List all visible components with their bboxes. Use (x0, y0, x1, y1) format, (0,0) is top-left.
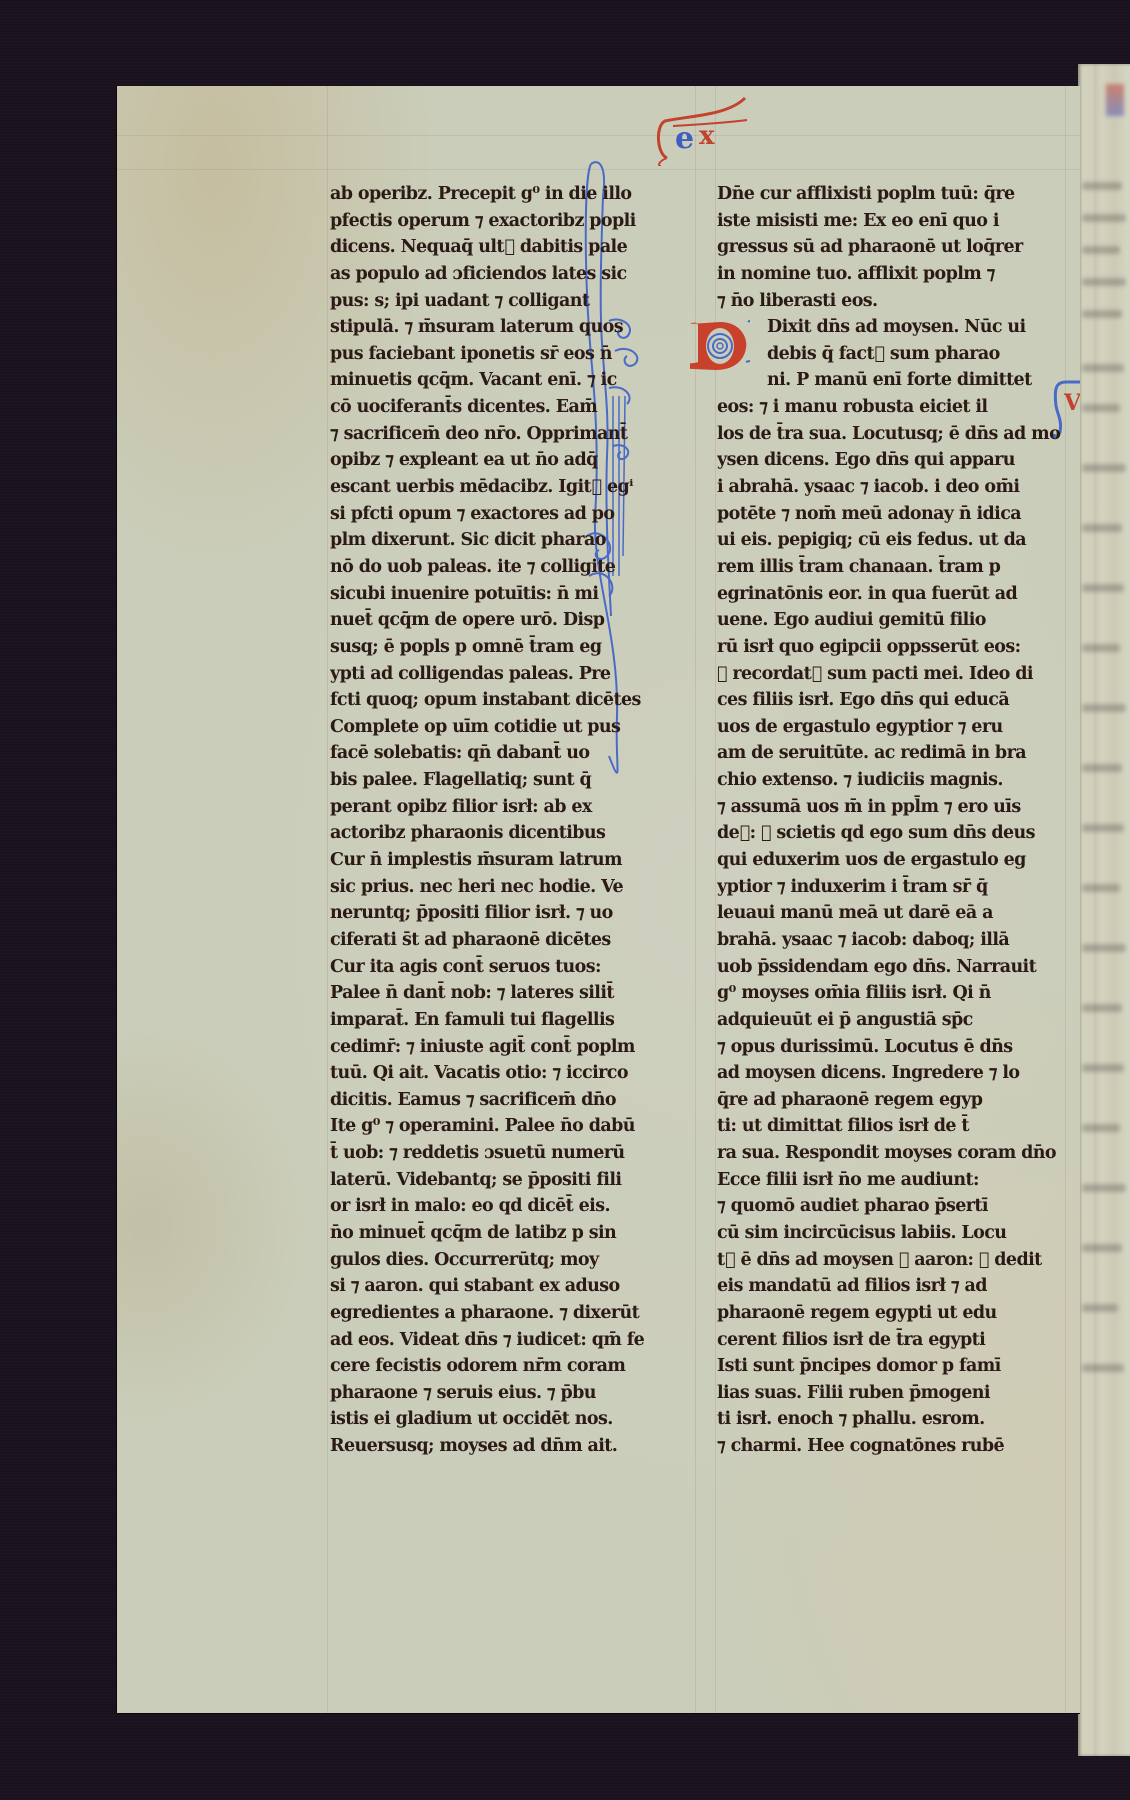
text-line: t̄ uob: ⁊ reddetis ɔsuetū numerū (330, 1140, 692, 1167)
ruling-line (1065, 86, 1066, 1713)
text-line: perant opibz filior isrł: ab ex (330, 794, 692, 821)
stack-text-line (1082, 404, 1120, 412)
adjacent-page-stack (1078, 64, 1130, 1756)
text-line: nuet̄ qcq̄m de opere urō. Disp (330, 607, 692, 634)
text-line: Cur ita agis cont̄ seruos tuos: (330, 954, 692, 981)
stack-text-line (1082, 364, 1124, 372)
text-line: i abrahā. ysaac ⁊ iacob. i deo om̄i (717, 474, 1062, 501)
text-line: fcti quoq; opum instabant dicētes (330, 687, 692, 714)
text-line: susq; ē popls p omnē t̄ram eg (330, 634, 692, 661)
text-line: ⁊ quomō audiet pharao p̄sertī (717, 1193, 1062, 1220)
text-line: in nomine tuo. afflixit poplm ⁊ (717, 261, 1062, 288)
text-line: iste misisti me: Ex eo enī quo i (717, 208, 1062, 235)
svg-text:e: e (675, 121, 694, 156)
text-line: eis mandatū ad filios isrł ⁊ ad (717, 1273, 1062, 1300)
text-line: ra sua. Respondit moyses coram dn̄o (717, 1140, 1062, 1167)
text-line: egrinatōnis eor. in qua fuerūt ad (717, 581, 1062, 608)
text-line: ⁊ opus durissimū. Locutus ē dn̄s (717, 1034, 1062, 1061)
text-line: ⁊ assumā uos m̄ in ppl̄m ⁊ ero uīs (717, 794, 1062, 821)
text-line: rū isrł quo egipcii oppsserūt eos: (717, 634, 1062, 661)
text-line: Ecce filii isrł n̄o me audiunt: (717, 1167, 1062, 1194)
text-line: chio extenso. ⁊ iudiciis magnis. (717, 767, 1062, 794)
text-line: ad moysen dicens. Ingredere ⁊ lo (717, 1060, 1062, 1087)
text-line: los de t̄ra sua. Locutusq; ē dn̄s ad mo (717, 421, 1062, 448)
text-line: actoribz pharaonis dicentibus (330, 820, 692, 847)
text-line: escant uerbis mēdacibz. Igitᷓ egⁱ (330, 474, 692, 501)
text-line: ⁊ n̄o liberasti eos. (717, 288, 1062, 315)
text-line: lias suas. Filii ruben p̄mogeni (717, 1380, 1062, 1407)
stack-text-line (1082, 944, 1126, 952)
stack-text-line (1082, 1364, 1124, 1372)
text-line: cedimr̄: ⁊ iniuste agit̄ cont̄ poplm (330, 1034, 692, 1061)
text-line: yptior ⁊ induxerim i t̄ram sr̄ q̄ (717, 874, 1062, 901)
stack-text-line (1082, 278, 1126, 286)
stack-text-line (1082, 1244, 1122, 1252)
text-line: Reuersusq; moyses ad dn̄m ait. (330, 1433, 692, 1460)
text-line: ciferati s̄t ad pharaonē dicētes (330, 927, 692, 954)
text-line: imparat̄. En famuli tui flagellis (330, 1007, 692, 1034)
text-line: Complete op uīm cotidie ut pus (330, 714, 692, 741)
stack-text-line (1082, 584, 1124, 592)
text-line: am de seruitūte. ac redimā in bra (717, 740, 1062, 767)
text-line: gressus sū ad pharaonē ut loq̄rer (717, 234, 1062, 261)
text-line: brahā. ysaac ⁊ iacob: daboq; illā (717, 927, 1062, 954)
stack-text-line (1082, 1064, 1124, 1072)
stack-text-line (1082, 310, 1122, 318)
text-line: deᷓ: ⁊ scietis qd ego sum dn̄s deus (717, 820, 1062, 847)
text-line: Dn̄e cur afflixisti poplm tuū: q̄re (717, 181, 1062, 208)
text-line: opibz ⁊ expleant ea ut n̄o adq̄ (330, 447, 692, 474)
svg-text:x: x (699, 121, 715, 151)
text-line: istis ei gladium ut occidēt nos. (330, 1406, 692, 1433)
text-line: ypti ad colligendas paleas. Pre (330, 661, 692, 688)
text-line: egredientes a pharaone. ⁊ dixerūt (330, 1300, 692, 1327)
text-line: tuū. Qi ait. Vacatis otio: ⁊ iccirco (330, 1060, 692, 1087)
ruling-line (117, 135, 1080, 136)
stack-text-line (1082, 214, 1126, 222)
text-line: q̄re ad pharaonē regem egyp (717, 1087, 1062, 1114)
text-line: n̄o minuet̄ qcq̄m de latibz p sin (330, 1220, 692, 1247)
text-line: dicens. Nequaq̄ ultᷓ dabitis pale (330, 234, 692, 261)
text-line: Isti sunt p̄ncipes domor p famī (717, 1353, 1062, 1380)
stack-text-line (1082, 1184, 1126, 1192)
ruling-line (327, 86, 328, 1713)
stack-text-line (1082, 824, 1124, 832)
text-line: leuaui manū meā ut darē eā a (717, 900, 1062, 927)
text-line: cū sim incircūcisus labiis. Locu (717, 1220, 1062, 1247)
text-line: tᷓ ē dn̄s ad moysen ⁊ aaron: ⁊ dedit (717, 1247, 1062, 1274)
text-line: ti: ut dimittat filios isrł de t̄ (717, 1113, 1062, 1140)
text-line: uos de ergastulo egyptior ⁊ eru (717, 714, 1062, 741)
text-line: adquieuūt ei p̄ angustiā sp̄c (717, 1007, 1062, 1034)
text-line: as populo ad ɔficiendos lates sic (330, 261, 692, 288)
text-line: pharaone ⁊ seruis eius. ⁊ p̄bu (330, 1380, 692, 1407)
text-line: debis q̄ factᷓ sum pharao (717, 341, 1062, 368)
stack-text-line (1082, 182, 1122, 190)
stack-text-line (1082, 704, 1126, 712)
text-line: gulos dies. Occurrerūtq; moy (330, 1247, 692, 1274)
text-line: ni. P manū enī forte dimittet (717, 367, 1062, 394)
stack-text-line (1082, 644, 1120, 652)
text-line: eos: ⁊ i manu robusta eiciet il (717, 394, 1062, 421)
text-line: sicubi inuenire potuītis: n̄ mi (330, 581, 692, 608)
text-line: stipulā. ⁊ m̄suram laterum quos (330, 314, 692, 341)
text-line: ⁊ charmi. Hee cognatōnes rubē (717, 1433, 1062, 1460)
text-line: g⁰ moyses om̄ia filiis isrł. Qi n̄ (717, 980, 1062, 1007)
text-line: uene. Ego audiui gemitū filio (717, 607, 1062, 634)
text-line: ysen dicens. Ego dn̄s qui apparu (717, 447, 1062, 474)
text-line: cerent filios isrł de t̄ra egypti (717, 1327, 1062, 1354)
text-column-left: ab operibz. Precepit g⁰ in die illopfect… (330, 181, 692, 1460)
stack-text-line (1082, 1004, 1122, 1012)
text-line: or isrł in malo: eo qd dicēt̄ eis. (330, 1193, 692, 1220)
text-line: pus: s; ipi uadant ⁊ colligant (330, 288, 692, 315)
text-line: cere fecistis odorem nr̄m coram (330, 1353, 692, 1380)
stack-rubric-blur (1106, 84, 1124, 116)
text-line: ti isrł. enoch ⁊ phallu. esrom. (717, 1406, 1062, 1433)
text-line: facē solebatis: qn̄ dabant̄ uo (330, 740, 692, 767)
stack-text-line (1082, 464, 1126, 472)
stack-text-line (1082, 524, 1122, 532)
text-line: ad eos. Videat dn̄s ⁊ iudicet: qm̄ fe (330, 1327, 692, 1354)
stack-text-line (1082, 884, 1120, 892)
text-line: si pfcti opum ⁊ exactores ad po (330, 501, 692, 528)
stack-text-line (1082, 246, 1120, 254)
text-line: pfectis operum ⁊ exactoribz popli (330, 208, 692, 235)
text-line: ui eis. pepigiq; cū eis fedus. ut da (717, 527, 1062, 554)
text-line: potēte ⁊ nom̄ meū adonay n̄ idica (717, 501, 1062, 528)
text-line: Ite g⁰ ⁊ operamini. Palee n̄o dabū (330, 1113, 692, 1140)
svg-text:V: V (1063, 390, 1080, 416)
text-line: bis palee. Flagellatiq; sunt q̄ (330, 767, 692, 794)
text-line: ⁊ sacrificem̄ deo nr̄o. Opprimant̄ (330, 421, 692, 448)
text-line: pus faciebant iponetis sr̄ eos n̄ (330, 341, 692, 368)
text-line: Dixit dn̄s ad moysen. Nūc ui (717, 314, 1062, 341)
text-line: rem illis t̄ram chanaan. t̄ram p (717, 554, 1062, 581)
text-line: neruntq; p̄positi filior isrł. ⁊ uo (330, 900, 692, 927)
text-line: si ⁊ aaron. qui stabant ex aduso (330, 1273, 692, 1300)
manuscript-page: e x V ab operibz. Precepit g⁰ in die ill… (117, 86, 1080, 1713)
text-line: cō uociferant̄s dicentes. Eam̄ (330, 394, 692, 421)
text-line: ces filiis isrł. Ego dn̄s qui educā (717, 687, 1062, 714)
text-line: laterū. Videbantq; se p̄positi fili (330, 1167, 692, 1194)
text-column-right: Dn̄e cur afflixisti poplm tuū: q̄reiste … (717, 181, 1062, 1460)
stack-text-line (1082, 1304, 1118, 1312)
text-line: ⁊ recordatᷓ sum pacti mei. Ideo di (717, 661, 1062, 688)
text-line: qui eduxerim uos de ergastulo eg (717, 847, 1062, 874)
text-line: dicitis. Eamus ⁊ sacrificem̄ dn̄o (330, 1087, 692, 1114)
text-line: uob p̄ssidendam ego dn̄s. Narrauit (717, 954, 1062, 981)
text-line: plm dixerunt. Sic dicit pharao (330, 527, 692, 554)
text-line: minuetis qcq̄m. Vacant enī. ⁊ ic (330, 367, 692, 394)
text-line: nō do uob paleas. ite ⁊ colligite (330, 554, 692, 581)
stack-text-line (1082, 764, 1122, 772)
text-line: pharaonē regem egypti ut edu (717, 1300, 1062, 1327)
stack-text-line (1082, 1124, 1120, 1132)
text-line: Cur n̄ implestis m̄suram latrum (330, 847, 692, 874)
text-line: sic prius. nec heri nec hodie. Ve (330, 874, 692, 901)
text-line: ab operibz. Precepit g⁰ in die illo (330, 181, 692, 208)
text-line: Palee n̄ dant̄ nob: ⁊ lateres silit̄ (330, 980, 692, 1007)
